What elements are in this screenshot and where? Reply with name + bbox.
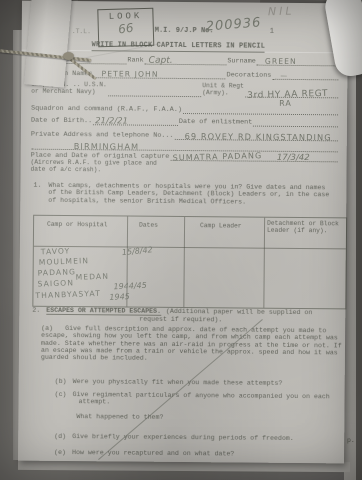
- address-label: Private Address and telephone No...: [31, 131, 174, 140]
- header-fragment: .T.L.: [72, 28, 91, 35]
- dob-dotted-line: 21/2/21: [93, 116, 178, 126]
- item-c-tag: (c): [55, 391, 73, 398]
- capture-date-handwritten: 17/3/42: [277, 154, 310, 162]
- question2-heading-line: 2.ESCAPES OR ATTEMPTED ESCAPES.(Addition…: [32, 307, 312, 316]
- folded-paper-corner: [24, 0, 72, 88]
- address-city-handwritten: BIRMINGHAM: [74, 142, 140, 151]
- rank-label: Rank: [127, 57, 143, 65]
- unit-label: Unit & Regt (Army).: [202, 84, 244, 98]
- question2-heading: ESCAPES OR ATTEMPTED ESCAPES.: [46, 307, 161, 316]
- camp-entry-handwritten: THANBYASYAT: [35, 289, 101, 300]
- decorations-value-handwritten: —: [280, 72, 287, 80]
- squadron-dotted-line: [183, 105, 338, 115]
- field-row-squadron: Squadron and command (R.A.F., F.A.A.): [31, 104, 339, 116]
- table-header-dates: Dates: [139, 222, 158, 229]
- surname-label: Surname: [227, 57, 256, 65]
- table-header-detachment: Detachment or Block Leader (if any).: [267, 220, 343, 235]
- field-row-address: Private Address and telephone No... 69 R…: [31, 130, 339, 142]
- string-knot: [63, 52, 74, 60]
- aircrew-note-line2: date of a/c crash).: [31, 166, 102, 174]
- table-column-divider: [263, 218, 265, 308]
- mi-reference-label: M.I. 9/J.P No.: [155, 27, 214, 36]
- item-d-tag: (d): [54, 433, 72, 440]
- ship-dotted-line: [108, 87, 201, 97]
- decorations-label: Decorations: [226, 71, 271, 79]
- christian-names-value-handwritten: PETER JOHN: [102, 70, 159, 78]
- dob-value-handwritten: 21/2/21: [95, 117, 128, 125]
- camps-table: Camp or Hospital Dates Camp Leader Detac…: [32, 215, 347, 310]
- nil-note-handwritten: NIL: [268, 5, 295, 19]
- enlistment-dotted-line: [253, 118, 338, 128]
- case-number-handwritten: 200936: [205, 15, 262, 34]
- item-a-text: Give full description and approx. date o…: [41, 325, 342, 362]
- camp-entry-handwritten: PADANG: [37, 267, 76, 277]
- item-c-text: Give regimental particulars of anyone wh…: [73, 391, 330, 406]
- field-row-christian-names: Christian Names PETER JOHN Decorations —: [31, 69, 339, 81]
- address-value-handwritten: 69 ROVEY RD KINGSTANDING: [185, 132, 332, 141]
- camp-date-handwritten: 1944/45: [113, 281, 147, 291]
- item-b-text: Were you physically fit when you made th…: [73, 378, 283, 387]
- table-header-leader: Camp Leader: [200, 222, 242, 229]
- form-title: WRITE IN BLOCK CAPITAL LETTERS IN PENCIL: [92, 41, 265, 53]
- field-row-ship-unit: Ship (R.N. .. U.S.N. or Merchant Navy) U…: [31, 81, 339, 99]
- address-dotted-line: 69 ROVEY RD KINGSTANDING: [175, 131, 338, 141]
- capture-place-handwritten: SUMATRA PADANG: [172, 152, 262, 162]
- table-column-divider: [183, 217, 185, 307]
- item-b-tag: (b): [55, 378, 73, 385]
- decorations-dotted-line: —: [272, 71, 338, 81]
- rank-dotted-line: Capt.: [145, 56, 227, 66]
- camp-entry-handwritten: MEDAN: [75, 272, 109, 282]
- enlistment-label: Date of enlistment: [179, 118, 252, 127]
- unit-dotted-line: 3rd HY AA REGT: [245, 89, 338, 99]
- surname-dotted-line: GREEN: [257, 57, 339, 67]
- item-d: (d)Give briefly your experiences during …: [54, 433, 362, 443]
- question2-number: 2.: [32, 307, 40, 314]
- camp-date-handwritten: 1945: [109, 292, 130, 302]
- edge-text-fragment: p.: [347, 437, 355, 444]
- ship-label-line2: or Merchant Navy): [31, 89, 107, 96]
- item-c-followup: What happened to them?: [76, 413, 316, 422]
- dob-label: Date of Birth..: [31, 117, 92, 126]
- question2-note1: (Additional paper will be supplied on: [166, 308, 312, 316]
- camp-date-handwritten: 15/8/42: [121, 245, 153, 257]
- unit-label-line2: (Army).: [202, 90, 244, 97]
- camp-entry-handwritten: MOULMEIN: [39, 256, 90, 267]
- question1-text: What camps, detachments or hospitals wer…: [48, 182, 334, 207]
- table-header-divider: [34, 246, 346, 250]
- photo-of-document: .T.L. LOOK 66 M.I. 9/J.P No. 200936 1 NI…: [0, 0, 362, 480]
- camp-entry-handwritten: SAIGON: [37, 278, 74, 288]
- field-row-dob: Date of Birth.. 21/2/21 Date of enlistme…: [31, 116, 339, 128]
- case-number-suffix: 1: [270, 28, 274, 36]
- capture-dotted-line: SUMATRA PADANG 17/3/42: [170, 152, 337, 162]
- table-header-camp: Camp or Hospital: [47, 221, 108, 229]
- question1-number: 1.: [33, 182, 41, 190]
- squadron-label: Squadron and command (R.A.F., F.A.A.): [31, 105, 182, 114]
- camp-entry-handwritten: TAVOY: [41, 246, 71, 256]
- christian-names-dotted-line: PETER JOHN: [94, 69, 226, 79]
- item-e-text: How were you recaptured and on what date…: [72, 449, 234, 457]
- item-d-text: Give briefly your experiences during per…: [72, 433, 294, 442]
- surname-value-handwritten: GREEN: [265, 58, 297, 66]
- question2-note2: request if required).: [139, 316, 222, 324]
- item-a: (a)Give full description and approx. dat…: [41, 325, 343, 364]
- item-e-tag: (e): [54, 449, 72, 456]
- item-b: (b)Were you physically fit when you made…: [55, 378, 362, 388]
- document-page: .T.L. LOOK 66 M.I. 9/J.P No. 200936 1 NI…: [18, 1, 348, 464]
- item-c: (c)Give regimental particulars of anyone…: [54, 391, 354, 408]
- rank-value-handwritten: Capt.: [149, 57, 173, 65]
